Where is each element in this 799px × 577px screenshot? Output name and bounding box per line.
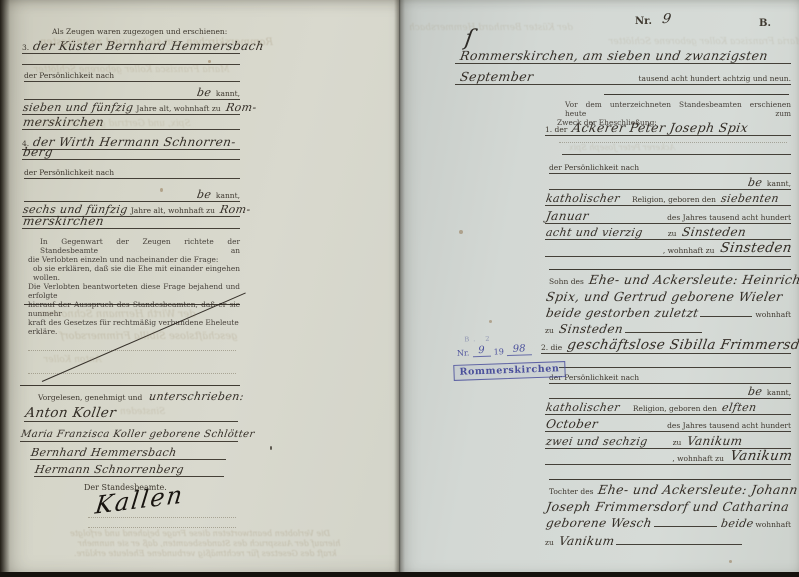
religion-label: Religion, geboren den [632, 196, 720, 206]
paper-speck [208, 60, 211, 63]
bleed-through-text: Sinsteden [120, 408, 165, 417]
vorgelesen-label: Vorgelesen, genehmigt und [38, 394, 142, 404]
faint-blank-line [28, 350, 236, 351]
witness-2-place-end: merskirchen [22, 215, 105, 228]
statement-line: die Verlobten einzeln und nacheinander d… [28, 255, 240, 264]
wohnhaft-label: wohnhaft [755, 521, 791, 531]
persoenlichkeit-label: der Persönlichkeit nach [24, 169, 114, 179]
bleed-through-text: Maria Franzisca Koller geborene Schlötte… [609, 38, 799, 47]
groom-birth-year: acht und vierzig [545, 227, 644, 239]
witnesses-header-row: Als Zeugen waren zugezogen und erschiene… [52, 20, 222, 37]
bleed-through-text: Spix, und Gertrud geborene Wieler [30, 120, 191, 129]
wohnhaft-label: , wohnhaft zu [672, 455, 729, 465]
paper-speck [160, 188, 163, 192]
bride-birth-day: elften [721, 402, 757, 414]
bride-parents-place-row: zu Vanikum [545, 531, 745, 548]
bride-parents-2: Joseph Frimmersdorf und Catharina [545, 501, 790, 515]
statement-line: ob sie erklären, daß sie die Ehe mit ein… [28, 264, 240, 282]
bleed-through-text: Anton Koller [44, 356, 101, 365]
groom-parents-2: Spix, und Gertrud geborene Wieler [545, 291, 783, 305]
month-year-row: September tausend acht hundert achtzig u… [455, 67, 791, 85]
intro-line: Vor dem unterzeichneten Standesbeamten e… [557, 100, 791, 118]
record-number-value: 9 [661, 13, 672, 28]
place-date-row: Rommerskirchen, am sieben und zwanzigste… [455, 46, 791, 64]
paper-speck [489, 320, 492, 323]
stamp-number-line: Nr. 9 19 98 [457, 342, 565, 358]
faint-blank-line [88, 517, 236, 518]
groom-parents-1: Ehe- und Ackersleute: Heinrich [584, 274, 799, 288]
year-printed: tausend acht hundert achtzig und neun. [639, 75, 791, 85]
zu-label: zu [668, 230, 682, 240]
bride-parents-row-2: Joseph Frimmersdorf und Catharina [545, 497, 788, 514]
blank-segment [700, 316, 752, 317]
signature-bride: Maria Franzisca Koller geborene Schlötte… [20, 430, 255, 441]
blank-segment [654, 526, 717, 527]
zu-label: zu [545, 539, 558, 549]
stamp-year-value: 98 [507, 343, 532, 356]
handwritten-unterschrieben: unterschrieben: [142, 391, 245, 403]
groom-religion: katholischer [545, 193, 621, 205]
tochter-label: Tochter des [549, 488, 593, 498]
witness-2-name-cont: berg [22, 146, 54, 159]
blank-segment [625, 332, 702, 333]
groom-birth-place: Sinsteden [681, 226, 747, 239]
groom-parents-row-2: Spix, und Gertrud geborene Wieler [545, 287, 781, 304]
paper-speck [459, 230, 463, 234]
witness-2-place-row: merskirchen [22, 211, 240, 229]
corner-letter: B. [759, 18, 771, 29]
wohnhaft-label: , wohnhaft zu [663, 247, 720, 257]
bleed-through-text: der Küster Bernhard Hemmersbach [409, 24, 573, 33]
groom-parents-row-1: Sohn des Ehe- und Ackersleute: Heinrich [549, 270, 799, 287]
groom-residence-row: , wohnhaft zu Sinsteden [545, 239, 791, 257]
bride-parents-row-3: geborene Wesch beide wohnhaft [545, 513, 791, 530]
bleed-through-text: der Wirth Hermann Schnorren- [36, 310, 196, 320]
bleed-through-text: kraft des Gesetzes für rechtmäßig verbun… [74, 550, 337, 558]
signature-witness-1: Bernhard Hemmersbach [30, 447, 178, 459]
blank-segment [616, 544, 742, 545]
groom-row: 1. der Ackerer Peter Joseph Spix [545, 118, 791, 136]
left-page: Als Zeugen waren zugezogen und erschiene… [0, 0, 399, 572]
bleed-through-text: Die Verlobten beantworteten diese Frage … [70, 530, 330, 538]
religion-label: Religion, geboren den [633, 405, 721, 415]
bride-religion-row: katholischer Religion, geboren den elfte… [545, 397, 791, 415]
groom-name: Ackerer Peter Joseph Spix [571, 122, 749, 136]
groom-number: 1. der [545, 126, 571, 136]
paper-speck [729, 560, 732, 563]
sohn-label: Sohn des [549, 278, 584, 288]
faint-blank-line [88, 527, 236, 528]
groom-parents-place-row: zu Sinsteden [545, 319, 705, 336]
groom-residence: Sinsteden [719, 242, 793, 257]
groom-parents-row-3: beide gestorben zuletzt wohnhaft [545, 303, 791, 320]
stamp-nr-value: 9 [472, 345, 491, 358]
stamp-nr-label: Nr. [457, 348, 470, 357]
short-rule [604, 94, 789, 95]
jahres-label: des Jahres tausend acht hundert [667, 422, 791, 432]
record-number-label: Nr. [635, 16, 652, 27]
ink-mark [270, 446, 272, 450]
bride-birth-month: October [545, 418, 599, 431]
witness-2-name-cont-row: berg [22, 142, 240, 160]
book-left-edge [0, 0, 10, 572]
signature-row-3: Bernhard Hemmersbach [30, 442, 226, 460]
statement-line: In Gegenwart der Zeugen richtete der Sta… [28, 237, 240, 255]
section-rule [24, 304, 240, 305]
signature-row-2: Maria Franzisca Koller geborene Schlötte… [20, 424, 238, 442]
groom-birth-year-row: acht und vierzig zu Sinsteden [545, 222, 791, 240]
month-handwritten: September [455, 71, 534, 85]
signature-witness-2: Hermann Schnorrenberg [34, 464, 185, 476]
wohnhaft-label: wohnhaft [755, 311, 791, 321]
bleed-through-text: Maria Franzisca Koller geborene Schlötte… [34, 66, 229, 75]
bride-religion: katholischer [545, 402, 621, 414]
bleed-through-text: Ackerer Peter Joseph Spix [569, 144, 675, 152]
statement-line: Die Verlobten beantworteten diese Frage … [28, 282, 240, 300]
bride-parents-3: geborene Wesch [545, 517, 653, 530]
groom-parents-place: Sinsteden [558, 323, 624, 336]
groom-religion-row: katholischer Religion, geboren den siebe… [545, 188, 791, 206]
signature-row-4: Hermann Schnorrenberg [34, 459, 224, 477]
signature-groom: Anton Koller [24, 407, 117, 422]
bride-birth-month-row: October des Jahres tausend acht hundert [545, 414, 791, 432]
registry-stamp: B. 2 Nr. 9 19 98 Rommerskirchen [452, 332, 565, 381]
right-page: Nr. 9 B. ſ Rommerskirchen, am sieben und… [399, 0, 799, 572]
stamp-year-prefix: 19 [494, 347, 504, 356]
bleed-through-text: Rommerskirchen, am sieben und zwanzigste… [40, 38, 273, 48]
bleed-through-text: hierauf der Ausspruch des Standesbeamten… [78, 540, 340, 548]
identity-label-row-2: der Persönlichkeit nach [24, 161, 240, 179]
bride-parents-place: Vanikum [558, 535, 616, 548]
bride-parents-1: Ehe- und Ackersleute: Johann [593, 484, 799, 498]
book-gutter [394, 0, 405, 572]
bride-residence-row: , wohnhaft zu Vanikum [545, 447, 791, 465]
beide-handwritten: beide [720, 518, 758, 530]
place-date-handwritten: Rommerskirchen, am sieben und zwanzigste… [455, 50, 769, 64]
marriage-statement: In Gegenwart der Zeugen richtete der Sta… [28, 237, 240, 336]
vorgelesen-row: Vorgelesen, genehmigt und unterschrieben… [38, 386, 243, 403]
bride-residence: Vanikum [729, 450, 793, 465]
bride-parents-row-1: Tochter des Ehe- und Ackersleute: Johann [549, 480, 797, 497]
bleed-through-text: geschäftslose Sibilla Frimmersdorf [60, 332, 238, 342]
groom-birth-day: siebenten [720, 193, 780, 205]
